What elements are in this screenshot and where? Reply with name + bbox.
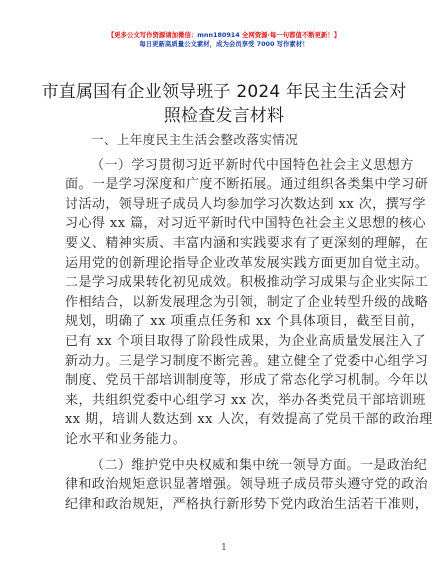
section-heading: 一、上年度民主生活会整改落实情况 xyxy=(65,130,385,150)
paragraph-line: 规划，明确了 xx 项重点任务和 xx 个具体项目，截至目前， xyxy=(65,312,385,332)
paragraph-line: 面。一是学习深度和广度不断拓展。通过组织各类集中学习研 xyxy=(65,175,385,195)
paragraph-line: 二是学习成果转化初见成效。积极推动学习成果与企业实际工 xyxy=(65,273,385,293)
document-body: 一、上年度民主生活会整改落实情况 （一）学习贯彻习近平新时代中国特色社会主义思想… xyxy=(65,130,385,514)
title-line-2: 照检查发言材料 xyxy=(40,104,408,128)
paragraph-line: 作相结合，以新发展理念为引领，制定了企业转型升级的战略 xyxy=(65,293,385,313)
paragraph-line: 新动力。三是学习制度不断完善。建立健全了党委中心组学习 xyxy=(65,352,385,372)
paragraph-line: xx 期，培训人数达到 xx 人次，有效提高了党员干部的政治理 xyxy=(65,410,385,430)
paragraph-line: 来，共组织党委中心组学习 xx 次，举办各类党员干部培训班 xyxy=(65,391,385,411)
paragraph-line: 要义、精神实质、丰富内涵和实践要求有了更深刻的理解，在 xyxy=(65,234,385,254)
wechat-id: mnn180914 xyxy=(197,31,239,39)
paragraph-line: 已有 xx 个项目取得了阶段性成果，为企业高质量发展注入了 xyxy=(65,332,385,352)
paragraph-line: （二）维护党中央权威和集中统一领导方面。一是政治纪 xyxy=(65,456,385,476)
paragraph-line: 纪律和政治规矩，严格执行新形势下党内政治生活若干准则， xyxy=(65,495,385,515)
paragraph-line: 制度、党员干部培训制度等，形成了常态化学习机制。今年以 xyxy=(65,371,385,391)
paragraph-line: 运用党的创新理论指导企业改革发展实践方面更加自觉主动。 xyxy=(65,254,385,274)
paragraph-line: 律和政治规矩意识显著增强。领导班子成员带头遵守党的政治 xyxy=(65,475,385,495)
document-title: 市直属国有企业领导班子 2024 年民主生活会对 照检查发言材料 xyxy=(40,80,408,128)
promo-line-2: 每日更新高质量公文素材，成为会员享受 7000 写作素材！ xyxy=(0,40,448,49)
paragraph-line: 讨活动，领导班子成员人均参加学习次数达到 xx 次，撰写学 xyxy=(65,195,385,215)
paragraph-line: 论水平和业务能力。 xyxy=(65,430,385,450)
paragraph-line: 习心得 xx 篇，对习近平新时代中国特色社会主义思想的核心 xyxy=(65,214,385,234)
title-line-1: 市直属国有企业领导班子 2024 年民主生活会对 xyxy=(40,80,408,104)
paragraph-line: （一）学习贯彻习近平新时代中国特色社会主义思想方 xyxy=(65,156,385,176)
promo-text: 【更多公文写作资源请加微信： xyxy=(108,31,197,39)
promo-text: 全网资源·每一句都值不断更新！】 xyxy=(240,31,341,39)
page-number: 1 xyxy=(0,543,448,553)
promo-line-1: 【更多公文写作资源请加微信：mnn180914 全网资源·每一句都值不断更新！】 xyxy=(0,31,448,40)
